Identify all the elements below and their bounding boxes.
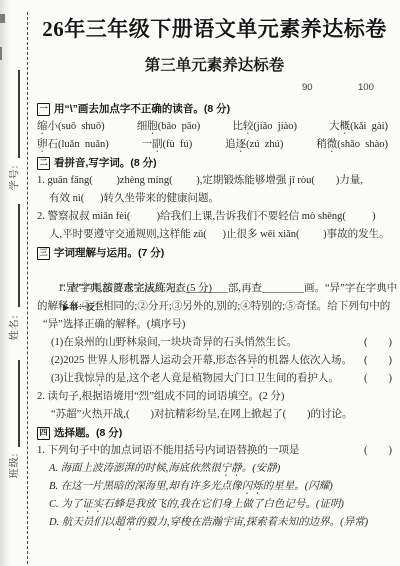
- question-3-1-body-3: “异”选择正确的解释。(填序号): [37, 316, 392, 334]
- paper-title: 26年三年级下册语文单元素养达标卷: [37, 16, 392, 43]
- pinyin-word: 卵石(luǎn nuǎn): [37, 136, 109, 154]
- section-3-number-icon: 三: [37, 247, 50, 260]
- name-label: 姓名:: [6, 309, 21, 347]
- pinyin-word: 一副(fù fú): [142, 136, 193, 154]
- option-d: D. 航天员们以超常的毅力,穿梭在浩瀚宇宙,探索着未知的边界。(异常): [37, 514, 392, 532]
- section-4-heading-text: 选择题。(8 分): [54, 424, 122, 442]
- margin-line-segment: [18, 204, 20, 307]
- pinyin-word: 缩小(suō shuō): [37, 118, 105, 136]
- question-2-2-line-2: 人,平时要遵守交通规则,这样能 zǔ( )止很多 wēi xiǎn( )事故的发…: [37, 226, 392, 244]
- section-2-number-icon: 二: [37, 157, 50, 170]
- question-2-2-line-1: 2. 警察叔叔 miǎn fèi( )给我们上课,告诉我们不要轻信 mò shē…: [37, 208, 392, 226]
- score-row: 90 100: [37, 82, 392, 94]
- margin-line-segment: [18, 360, 20, 447]
- answer-parentheses: ( ): [364, 334, 392, 352]
- section-1-number-icon: 一: [37, 103, 50, 116]
- margin-line-segment: [18, 70, 20, 158]
- question-2-1-line-2: 有效 nì( )转久坐带来的健康问题。: [37, 190, 392, 208]
- question-2-1-line-1: 1. guān fāng( )zhèng míng( ),定期锻炼能够增强 jī…: [37, 172, 392, 190]
- option-c: C. 为了证实石蜂是我放飞的,我在它们身上做了白色记号。(证明): [37, 496, 392, 514]
- student-id-label: 学号:: [6, 159, 21, 197]
- question-3-1-sub-3: (3)让我惊异的是,这个老人竟是植物园大门口卫生间的看护人。 ( ): [37, 370, 392, 388]
- section-1-heading-text: 用“\”画去加点字不正确的读音。(8 分): [54, 100, 230, 118]
- question-4-1: 1. 下列句子中的加点词语不能用括号内词语替换的一项是 ( ): [37, 442, 392, 460]
- question-3-2-body: “苏超”火热开战,( )对抗精彩纷呈,在网上掀起了( )的讨论。: [37, 406, 392, 424]
- pinyin-word: 大概(kǎi gài): [329, 118, 388, 136]
- pinyin-row-2: 卵石(luǎn nuǎn) 一副(fù fú) 追逐(zú zhú) 稍微(sh…: [37, 136, 392, 154]
- question-3-1-sub-2: (2)2025 世界人形机器人运动会开幕,形态各异的机器人依次入场。 ( ): [37, 352, 392, 370]
- question-4-1-text: 1. 下列句子中的加点词语不能用括号内词语替换的一项是: [37, 442, 300, 460]
- pinyin-row-1: 缩小(suō shuō) 细胞(bāo pāo) 比较(jiǎo jiào) 大…: [37, 118, 392, 136]
- section-4-heading: 四 选择题。(8 分): [37, 424, 392, 442]
- section-2-heading: 二 看拼音,写字词。(8 分): [37, 154, 392, 172]
- question-3-1-head: 1. 查字典,按要求完成练习。(5 分) ▶举一反三: [37, 262, 392, 280]
- registration-mark: [0, 14, 5, 23]
- class-label: 班级:: [6, 447, 21, 485]
- section-3-heading: 三 字词理解与运用。(7 分): [37, 244, 392, 262]
- section-2-heading-text: 看拼音,写字词。(8 分): [54, 154, 157, 172]
- pinyin-word: 细胞(bāo pāo): [137, 118, 201, 136]
- paper-content: 26年三年级下册语文单元素养达标卷 第三单元素养达标卷 90 100 一 用“\…: [37, 10, 392, 532]
- option-b: B. 在这一片黑暗的深海里,却有许多光点像闪烁的星星。(闪耀): [37, 478, 392, 496]
- pinyin-word: 稍微(shǎo shào): [316, 136, 388, 154]
- section-4-number-icon: 四: [37, 427, 50, 440]
- unit-subtitle: 第三单元素养达标卷: [37, 56, 392, 76]
- score-number-right: 100: [358, 82, 374, 93]
- answer-parentheses: ( ): [364, 370, 392, 388]
- question-3-1-body-1: “异”字用部首查字法应先查________部,再查________画。“异”字在…: [37, 280, 392, 298]
- pinyin-word: 比较(jiǎo jiào): [232, 118, 297, 136]
- sub-question-text: (2)2025 世界人形机器人运动会开幕,形态各异的机器人依次入场。: [51, 352, 352, 370]
- pinyin-word: 追逐(zú zhú): [225, 136, 283, 154]
- binding-dashed-line: [27, 12, 28, 564]
- section-3-heading-text: 字词理解与运用。(7 分): [54, 244, 164, 262]
- section-1-heading: 一 用“\”画去加点字不正确的读音。(8 分): [37, 100, 392, 118]
- score-number-left: 90: [302, 82, 313, 93]
- exam-paper-page: 学号: 姓名: 班级: 26年三年级下册语文单元素养达标卷 第三单元素养达标卷 …: [0, 0, 400, 566]
- sub-question-text: (3)让我惊异的是,这个老人竟是植物园大门口卫生间的看护人。: [51, 370, 339, 388]
- answer-parentheses: ( ): [364, 442, 392, 460]
- question-3-1-body-2: 的解释有:①不相同的;②分开;③另外的,别的;④特别的;⑤奇怪。给下列句中的: [37, 298, 392, 316]
- sub-question-text: (1)在泉州的山野林泉间,一块块奇异的石头悄然生长。: [51, 334, 297, 352]
- answer-parentheses: ( ): [364, 352, 392, 370]
- option-a: A. 海面上波涛澎湃的时候,海底依然很宁静。(安静): [37, 460, 392, 478]
- question-3-2-head: 2. 读句子,根据语境用“烈”组成不同的词语填空。(2 分): [37, 388, 392, 406]
- question-lines: 一 用“\”画去加点字不正确的读音。(8 分) 缩小(suō shuō) 细胞(…: [37, 100, 392, 532]
- registration-mark: [0, 47, 2, 60]
- question-3-1-sub-1: (1)在泉州的山野林泉间,一块块奇异的石头悄然生长。 ( ): [37, 334, 392, 352]
